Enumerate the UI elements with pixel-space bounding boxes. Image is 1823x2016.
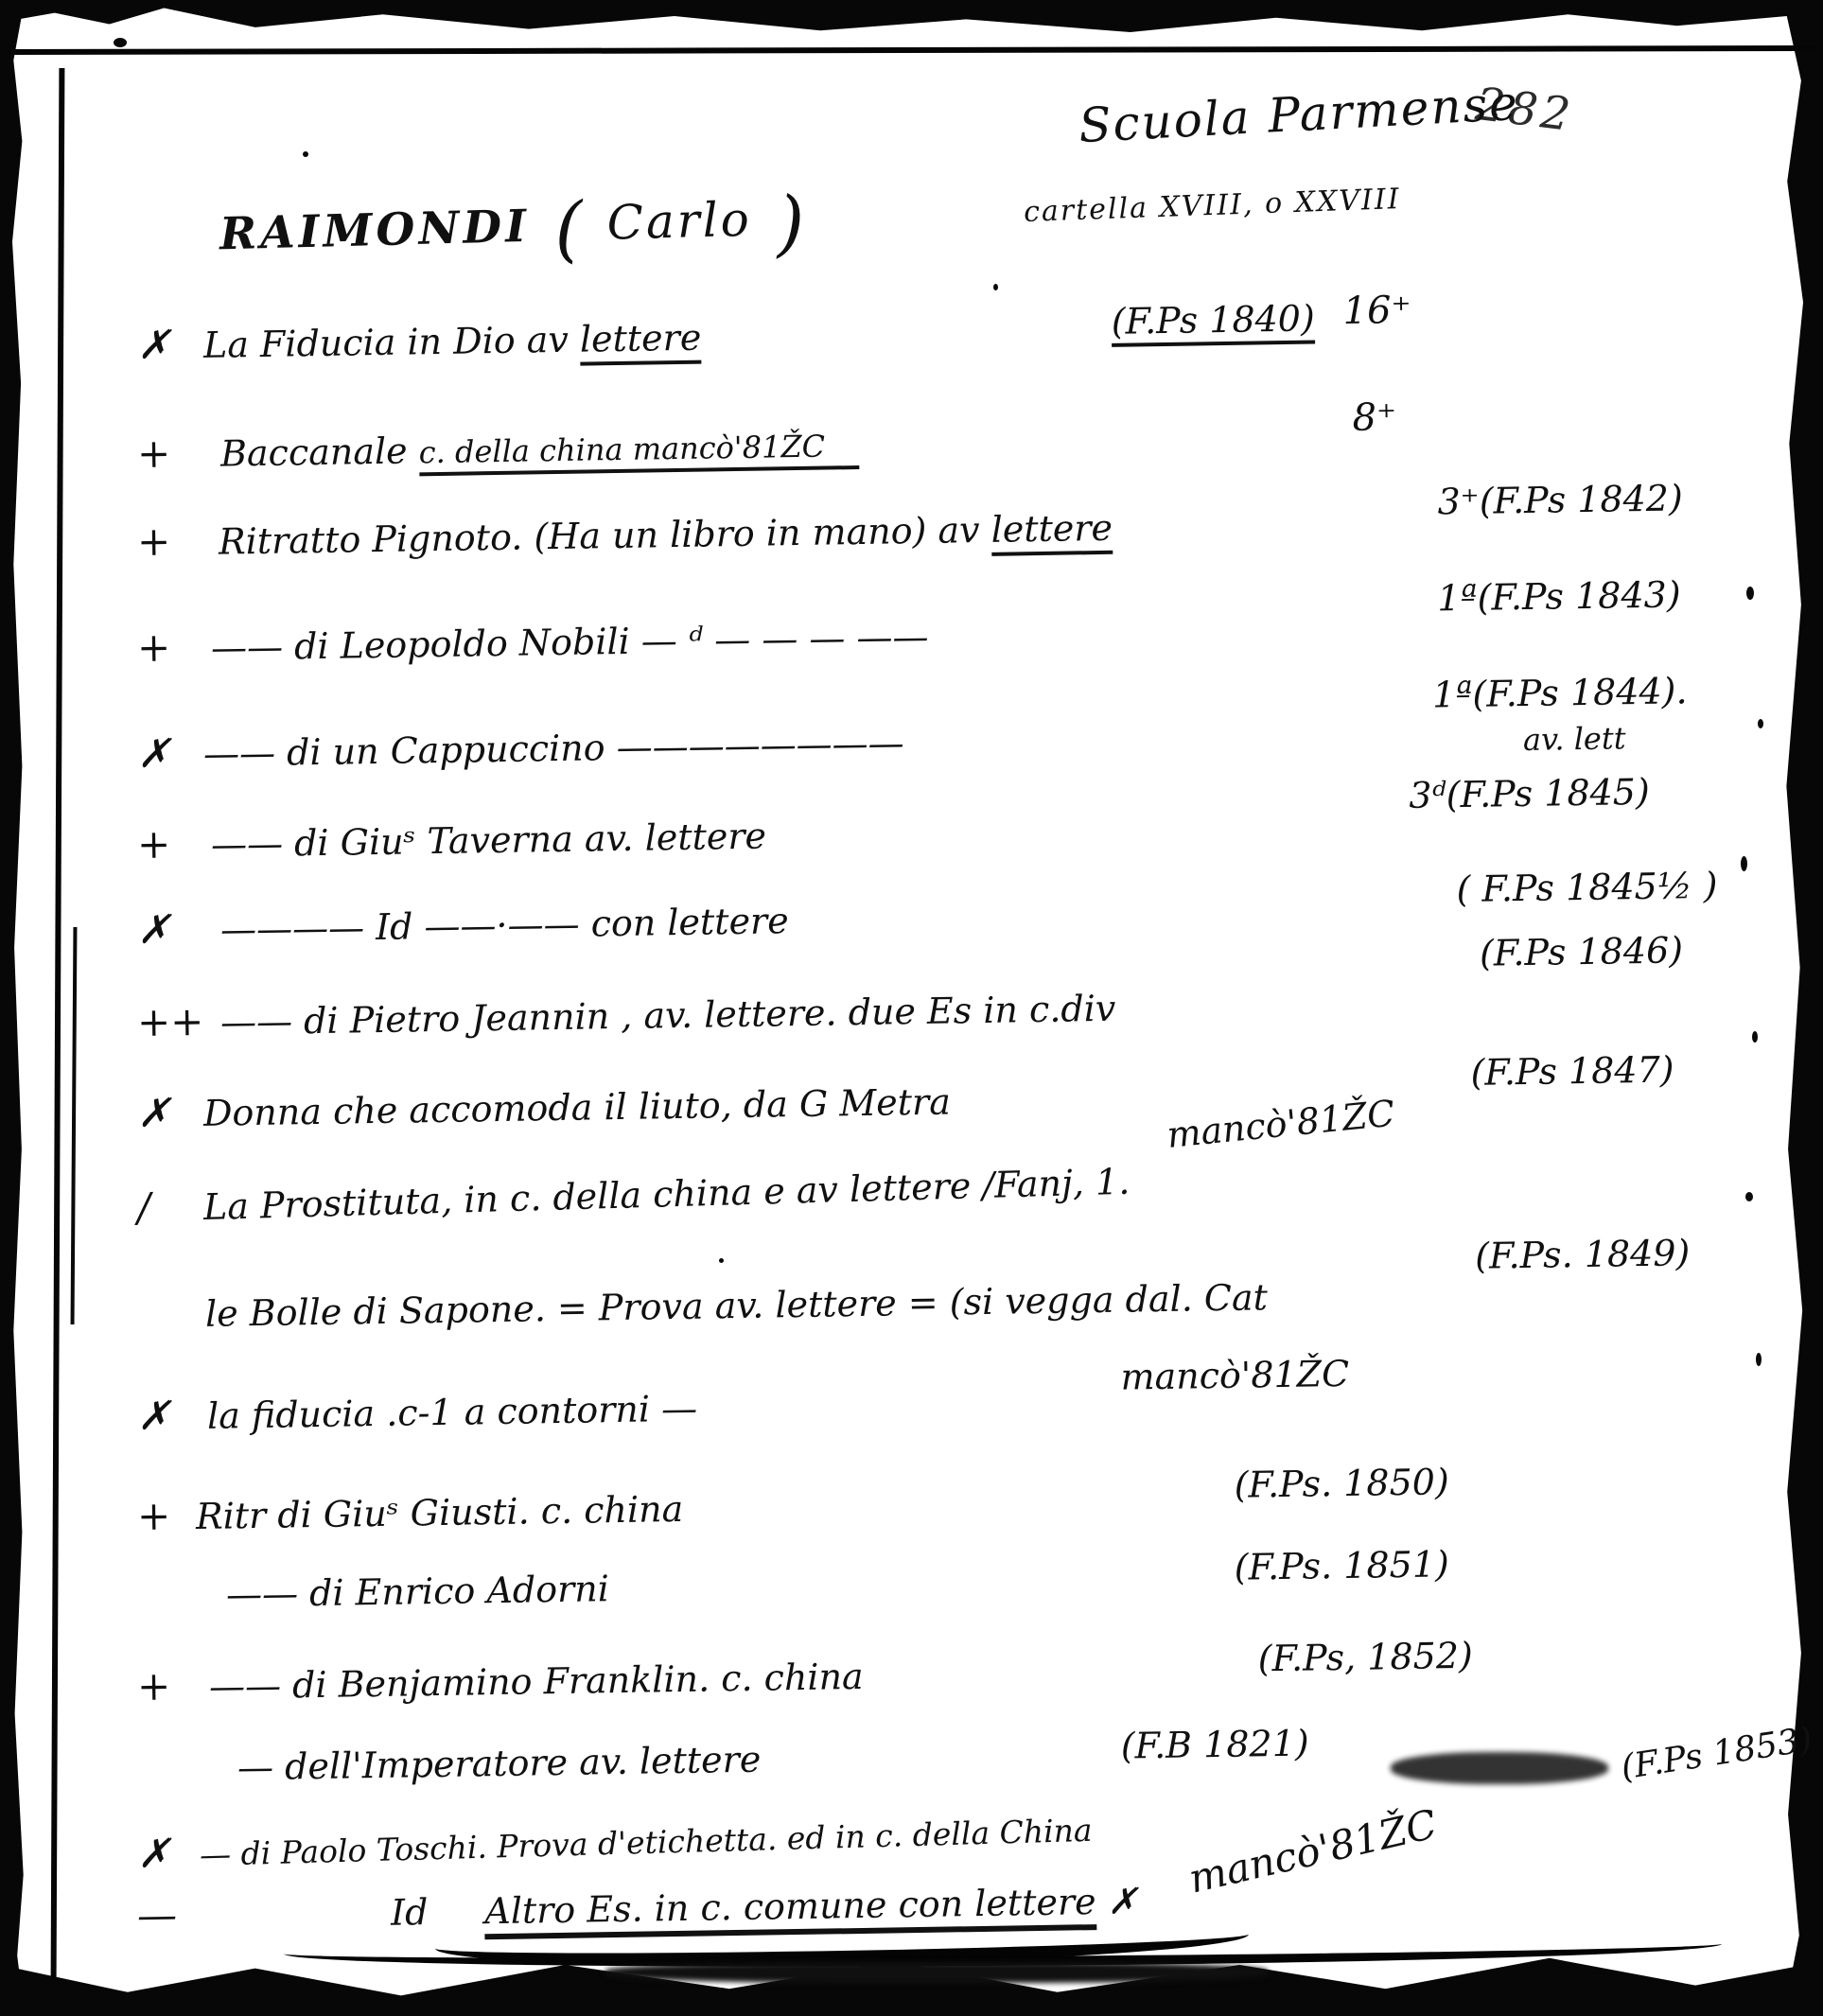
entry-text: le Bolle di Sapone. = Prova av. lettere … — [205, 1276, 1269, 1335]
ink-smudge — [1391, 1752, 1608, 1784]
scan-speck — [719, 1258, 724, 1263]
margin-mark — [137, 1607, 192, 1608]
paren-close: ) — [751, 180, 831, 266]
margin-mark: + — [137, 429, 193, 477]
page-number: 282 — [1473, 78, 1577, 142]
entry-text: — di Paolo Toschi. Prova d'etichetta. ed… — [200, 1812, 1094, 1873]
paren-open: ( — [529, 185, 608, 272]
entry-text: —— di Enrico Adorni — [226, 1568, 610, 1615]
entry-row: ✗—— di un Cappuccino ———————— 1ª(F.Ps 18… — [137, 704, 1803, 777]
artist-first-name: Carlo — [606, 192, 753, 251]
margin-mark: + — [137, 1492, 193, 1539]
margin-mark: ++ — [137, 998, 193, 1045]
entry-row: +—— di Giuˢ Taverna av. lettere 3ᵈ(F.Ps … — [137, 795, 1803, 868]
entry-qty: 16⁺ — [1342, 289, 1411, 333]
margin-mark — [137, 1326, 192, 1327]
entry-row: +Baccanale c. della china mancò'81ŽC 8⁺ — [137, 404, 1803, 477]
entry-row: ✗— di Paolo Toschi. Prova d'etichetta. e… — [136, 1784, 1802, 1877]
margin-mark: + — [137, 1662, 193, 1709]
entry-ref: (F.Ps 1846) — [1480, 929, 1684, 973]
entry-row: +—— di Benjamino Franklin. c. china (F.P… — [137, 1637, 1803, 1709]
entry-row: ++—— di Pietro Jeannin , av. lettere. du… — [137, 973, 1803, 1045]
entry-text: —— di Benjamino Franklin. c. china — [209, 1656, 864, 1708]
entry-ref: (F.Ps. 1851) — [1234, 1543, 1449, 1588]
torn-edge-top — [0, 0, 1823, 32]
entry-ref: 3⁺(F.Ps 1842) — [1437, 477, 1683, 522]
margin-mark: ∕ — [136, 1183, 192, 1231]
entry-text-underlined: lettere — [990, 507, 1113, 556]
frame-rule-left — [51, 68, 65, 1979]
entry-ref: (F.Ps. 1849) — [1475, 1232, 1691, 1277]
entry-ref-secondary: av. lett — [1523, 720, 1626, 758]
entry-row: ✗Donna che accomoda il liuto, da G Metra… — [137, 1063, 1803, 1136]
entry-ref: mancò'81ŽC — [1120, 1353, 1349, 1398]
entry-ref: (F.B 1821) — [1120, 1723, 1309, 1767]
margin-mark: ✗ — [137, 729, 193, 777]
scan-speck — [114, 38, 127, 47]
manuscript-page: Scuola Parmense cartella XVIII, o XXVIII… — [0, 0, 1823, 2016]
margin-mark: + — [137, 517, 193, 565]
entry-row: +Ritr di Giuˢ Giusti. c. china (F.Ps. 18… — [137, 1466, 1803, 1539]
entry-row: —— di Enrico Adorni (F.Ps. 1851) — [137, 1549, 1802, 1617]
artist-title: RAIMONDI(Carlo) — [219, 180, 831, 280]
entry-text: La Prostituta, in c. della china e av le… — [202, 1161, 1130, 1228]
scan-speck — [1746, 587, 1754, 600]
entry-text: Ritr di Giuˢ Giusti. c. china — [196, 1488, 684, 1537]
entry-ref: (F.Ps, 1852) — [1257, 1635, 1473, 1680]
scan-speck — [303, 151, 308, 157]
scan-speck — [1758, 719, 1763, 728]
entry-text-tail: ✗ — [1096, 1880, 1138, 1922]
entry-text: — dell'Imperatore av. lettere — [237, 1739, 762, 1789]
entry-text: —— di Pietro Jeannin , av. lettere. due … — [220, 988, 1116, 1043]
scan-speck — [1756, 1353, 1762, 1366]
margin-mark: + — [137, 623, 193, 671]
margin-mark: ✗ — [137, 1089, 193, 1136]
entry-row: +Ritratto Pignoto. (Ha un libro in mano)… — [137, 492, 1803, 565]
margin-mark: ✗ — [137, 905, 193, 953]
scribble-band — [605, 1962, 1268, 1983]
entry-text-underlined: lettere — [580, 317, 702, 366]
entry-text: La Fiducia in Dio av — [203, 319, 581, 366]
entry-ref: (F.Ps 1840) — [1111, 297, 1315, 346]
entry-row: le Bolle di Sapone. = Prova av. lettere … — [137, 1268, 1802, 1336]
margin-mark: ✗ — [136, 1829, 192, 1877]
torn-edge-left — [0, 0, 25, 2016]
entry-ref: ( F.Ps 1845½ ) — [1456, 865, 1718, 910]
scan-speck — [1745, 1192, 1753, 1201]
entry-text: —— di un Cappuccino ———————— — [203, 722, 904, 775]
entry-ref: 3ᵈ(F.Ps 1845) — [1409, 771, 1650, 816]
entry-row: ∕La Prostituta, in c. della china e av l… — [136, 1138, 1802, 1231]
entry-text: —— di Leopoldo Nobili — ᵈ — — — —— — [211, 616, 929, 669]
entry-text: Ritratto Pignoto. (Ha un libro in mano) … — [219, 509, 991, 563]
margin-mark: ✗ — [137, 321, 193, 368]
entry-text: Id — [391, 1891, 429, 1934]
entry-ref: 1ª(F.Ps 1843) — [1437, 573, 1681, 619]
entry-row: ✗La Fiducia in Dio av lettere (F.Ps 1840… — [137, 295, 1803, 368]
frame-rule-left-secondary — [71, 927, 78, 1324]
entry-text-underlined: c. della china mancò'81ŽC — [418, 428, 859, 476]
entry-text: Donna che accomoda il liuto, da G Metra — [203, 1080, 951, 1133]
entry-ref: (F.Ps 1847) — [1470, 1048, 1674, 1093]
school-heading: Scuola Parmense — [1078, 76, 1520, 153]
margin-mark: — — [137, 1891, 193, 1938]
entry-text: —— di Giuˢ Taverna av. lettere — [211, 815, 767, 866]
entry-qty: 8⁺ — [1352, 395, 1396, 440]
scan-speck — [1741, 856, 1747, 871]
margin-mark — [137, 1780, 192, 1781]
frame-rule-top — [8, 45, 1816, 55]
cartella-note: cartella XVIII, o XXVIII — [1024, 183, 1402, 229]
entry-text: Baccanale — [220, 429, 419, 474]
entry-row: ✗la fiducia .c-1 a contorni — mancò'81ŽC — [137, 1366, 1803, 1439]
entry-row: +—— di Leopoldo Nobili — ᵈ — — — —— 1ª(F… — [137, 598, 1803, 671]
artist-surname: RAIMONDI — [219, 201, 531, 261]
entry-text: la fiducia .c-1 a contorni — — [207, 1388, 698, 1437]
margin-mark: + — [137, 820, 193, 868]
entry-ref: (F.Ps. 1850) — [1234, 1461, 1449, 1506]
scan-speck — [1752, 1031, 1758, 1043]
entry-text: ———— Id ——·—— con lettere — [220, 900, 789, 950]
margin-mark: ✗ — [137, 1392, 193, 1439]
scan-speck — [993, 284, 998, 290]
entry-ref: 1ª(F.Ps 1844). — [1432, 670, 1688, 715]
